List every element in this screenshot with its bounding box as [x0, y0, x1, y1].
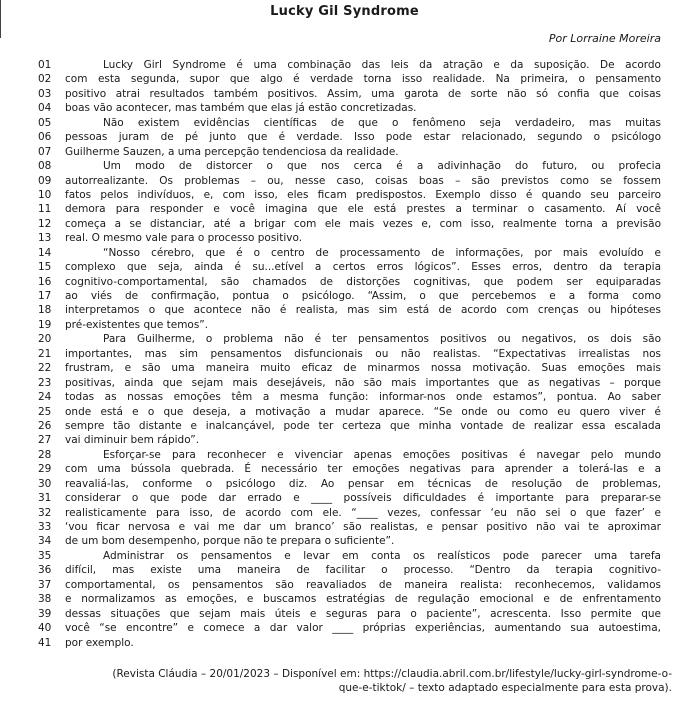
- text-lines: 01 Lucky Girl Syndrome é uma combinação …: [38, 58, 661, 650]
- line-text: positivas, ainda que sejam mais desejáve…: [65, 376, 661, 390]
- text-line: 39 dessas situações que sejam mais úteis…: [38, 607, 661, 621]
- line-number: 01: [38, 58, 65, 72]
- source-citation-line2: que-e-tiktok/ – texto adaptado especialm…: [0, 681, 672, 695]
- text-line: 33 ‘vou ficar nervosa e vai me dar um br…: [38, 520, 661, 534]
- line-number: 40: [38, 621, 65, 635]
- line-number: 14: [38, 246, 65, 260]
- text-line: 04 boas vão acontecer, mas também que el…: [38, 101, 661, 115]
- text-line: 03 positivo atrai resultados também posi…: [38, 87, 661, 101]
- line-number: 22: [38, 361, 65, 375]
- line-text: pré-existentes que temos”.: [65, 318, 661, 332]
- line-number: 28: [38, 448, 65, 462]
- line-number: 41: [38, 636, 65, 650]
- table-border-artifact: [0, 0, 1, 38]
- line-text: todas as nossas emoções têm a mesma funç…: [65, 390, 661, 404]
- line-text: autorrealizante. Os problemas – ou, ness…: [65, 174, 661, 188]
- line-text: sempre tão distante e inalcançável, pode…: [65, 419, 661, 433]
- line-text: importantes, mas sim pensamentos disfunc…: [65, 347, 661, 361]
- text-line: 20 Para Guilherme, o problema não é ter …: [38, 332, 661, 346]
- line-number: 04: [38, 101, 65, 115]
- line-text: complexo que seja, ainda é su...etível a…: [65, 260, 661, 274]
- line-text: com esta segunda, supor que algo é verda…: [65, 72, 661, 86]
- text-line: 36 difícil, mas existe uma maneira de fa…: [38, 563, 661, 577]
- line-number: 25: [38, 405, 65, 419]
- line-number: 07: [38, 145, 65, 159]
- text-line: 25 onde está e o que deseja, a motivação…: [38, 405, 661, 419]
- line-text: demora para responder e você imagina que…: [65, 202, 661, 216]
- line-text: boas vão acontecer, mas também que elas …: [65, 101, 661, 115]
- text-line: 24 todas as nossas emoções têm a mesma f…: [38, 390, 661, 404]
- line-text: você “se encontre” e comece a dar valor …: [65, 621, 661, 635]
- line-number: 02: [38, 72, 65, 86]
- text-line: 32 realisticamente para isso, de acordo …: [38, 506, 661, 520]
- document-page: Lucky Gil Syndrome Por Lorraine Moreira …: [0, 0, 689, 704]
- byline: Por Lorraine Moreira: [0, 32, 661, 45]
- text-line: 38 e normalizamos as emoções, e buscamos…: [38, 592, 661, 606]
- line-number: 19: [38, 318, 65, 332]
- text-line: 19 pré-existentes que temos”.: [38, 318, 661, 332]
- line-number: 34: [38, 534, 65, 548]
- line-number: 03: [38, 87, 65, 101]
- line-text: “Nosso cérebro, que é o centro de proces…: [65, 246, 661, 260]
- text-line: 30 reavaliá-las, conforme o psicólogo di…: [38, 477, 661, 491]
- text-line: 16 cognitivo-comportamental, são chamado…: [38, 275, 661, 289]
- line-number: 21: [38, 347, 65, 361]
- text-line: 09 autorrealizante. Os problemas – ou, n…: [38, 174, 661, 188]
- line-text: positivo atrai resultados também positiv…: [65, 87, 661, 101]
- text-line: 28 Esforçar-se para reconhecer e vivenci…: [38, 448, 661, 462]
- line-text: frustram, e são uma maneira muito eficaz…: [65, 361, 661, 375]
- text-line: 29 com uma bússola quebrada. É necessári…: [38, 462, 661, 476]
- line-text: realisticamente para isso, de acordo com…: [65, 506, 661, 520]
- line-text: Administrar os pensamentos e levar em co…: [65, 549, 661, 563]
- line-number: 31: [38, 491, 65, 505]
- line-text: ‘vou ficar nervosa e vai me dar um branc…: [65, 520, 661, 534]
- text-line: 26 sempre tão distante e inalcançável, p…: [38, 419, 661, 433]
- line-text: vai diminuir bem rápido”.: [65, 433, 661, 447]
- line-number: 33: [38, 520, 65, 534]
- line-number: 26: [38, 419, 65, 433]
- text-line: 41 por exemplo.: [38, 636, 661, 650]
- line-number: 16: [38, 275, 65, 289]
- line-text: ao viés de confirmação, pontua o psicólo…: [65, 289, 661, 303]
- text-line: 22 frustram, e são uma maneira muito efi…: [38, 361, 661, 375]
- line-number: 11: [38, 202, 65, 216]
- line-text: onde está e o que deseja, a motivação a …: [65, 405, 661, 419]
- text-line: 10 fatos pelos indivíduos, e, com isso, …: [38, 188, 661, 202]
- line-number: 12: [38, 217, 65, 231]
- text-line: 35 Administrar os pensamentos e levar em…: [38, 549, 661, 563]
- line-number: 17: [38, 289, 65, 303]
- text-line: 08 Um modo de distorcer o que nos cerca …: [38, 159, 661, 173]
- text-line: 13 real. O mesmo vale para o processo po…: [38, 231, 661, 245]
- text-line: 05 Não existem evidências científicas de…: [38, 116, 661, 130]
- line-number: 37: [38, 578, 65, 592]
- line-text: Um modo de distorcer o que nos cerca é a…: [65, 159, 661, 173]
- line-text: fatos pelos indivíduos, e, com isso, ele…: [65, 188, 661, 202]
- line-number: 18: [38, 303, 65, 317]
- line-number: 08: [38, 159, 65, 173]
- line-text: começa a se distanciar, até a brigar com…: [65, 217, 661, 231]
- text-line: 07 Guilherme Sauzen, a uma percepção ten…: [38, 145, 661, 159]
- text-line: 31 considerar o que pode dar errado e __…: [38, 491, 661, 505]
- source-citation: (Revista Cláudia – 20/01/2023 – Disponív…: [0, 667, 672, 695]
- line-number: 23: [38, 376, 65, 390]
- text-line: 21 importantes, mas sim pensamentos disf…: [38, 347, 661, 361]
- line-number: 32: [38, 506, 65, 520]
- line-text: Para Guilherme, o problema não é ter pen…: [65, 332, 661, 346]
- line-number: 20: [38, 332, 65, 346]
- text-line: 02 com esta segunda, supor que algo é ve…: [38, 72, 661, 86]
- text-line: 34 de um bom desempenho, porque não te p…: [38, 534, 661, 548]
- text-line: 40 você “se encontre” e comece a dar val…: [38, 621, 661, 635]
- text-line: 12 começa a se distanciar, até a brigar …: [38, 217, 661, 231]
- line-number: 35: [38, 549, 65, 563]
- line-number: 13: [38, 231, 65, 245]
- line-number: 38: [38, 592, 65, 606]
- text-line: 17 ao viés de confirmação, pontua o psic…: [38, 289, 661, 303]
- line-number: 24: [38, 390, 65, 404]
- line-number: 36: [38, 563, 65, 577]
- line-text: Esforçar-se para reconhecer e vivenciar …: [65, 448, 661, 462]
- text-line: 18 interpretamos o que acontece não é re…: [38, 303, 661, 317]
- line-number: 29: [38, 462, 65, 476]
- line-text: comportamental, os pensamentos são reava…: [65, 578, 661, 592]
- line-number: 15: [38, 260, 65, 274]
- source-citation-line1: (Revista Cláudia – 20/01/2023 – Disponív…: [0, 667, 672, 681]
- line-text: Lucky Girl Syndrome é uma combinação das…: [65, 58, 661, 72]
- line-text: Não existem evidências científicas de qu…: [65, 116, 661, 130]
- text-line: 11 demora para responder e você imagina …: [38, 202, 661, 216]
- line-text: dessas situações que sejam mais úteis e …: [65, 607, 661, 621]
- line-text: interpretamos o que acontece não é reali…: [65, 303, 661, 317]
- text-line: 01 Lucky Girl Syndrome é uma combinação …: [38, 58, 661, 72]
- text-line: 23 positivas, ainda que sejam mais desej…: [38, 376, 661, 390]
- line-text: reavaliá-las, conforme o psicólogo diz. …: [65, 477, 661, 491]
- line-text: Guilherme Sauzen, a uma percepção tenden…: [65, 145, 661, 159]
- line-text: e normalizamos as emoções, e buscamos es…: [65, 592, 661, 606]
- line-number: 05: [38, 116, 65, 130]
- text-line: 37 comportamental, os pensamentos são re…: [38, 578, 661, 592]
- line-text: com uma bússola quebrada. É necessário t…: [65, 462, 661, 476]
- line-text: pessoas juram de pé junto que é verdade.…: [65, 130, 661, 144]
- line-number: 10: [38, 188, 65, 202]
- line-number: 27: [38, 433, 65, 447]
- line-text: de um bom desempenho, porque não te prep…: [65, 534, 661, 548]
- line-number: 39: [38, 607, 65, 621]
- line-number: 06: [38, 130, 65, 144]
- line-text: real. O mesmo vale para o processo posit…: [65, 231, 661, 245]
- page-title: Lucky Gil Syndrome: [0, 0, 689, 19]
- line-text: considerar o que pode dar errado e ____ …: [65, 491, 661, 505]
- text-line: 15 complexo que seja, ainda é su...etíve…: [38, 260, 661, 274]
- line-text: cognitivo-comportamental, são chamados d…: [65, 275, 661, 289]
- text-line: 14 “Nosso cérebro, que é o centro de pro…: [38, 246, 661, 260]
- line-text: difícil, mas existe uma maneira de facil…: [65, 563, 661, 577]
- line-text: por exemplo.: [65, 636, 661, 650]
- text-line: 06 pessoas juram de pé junto que é verda…: [38, 130, 661, 144]
- text-line: 27 vai diminuir bem rápido”.: [38, 433, 661, 447]
- line-number: 09: [38, 174, 65, 188]
- line-number: 30: [38, 477, 65, 491]
